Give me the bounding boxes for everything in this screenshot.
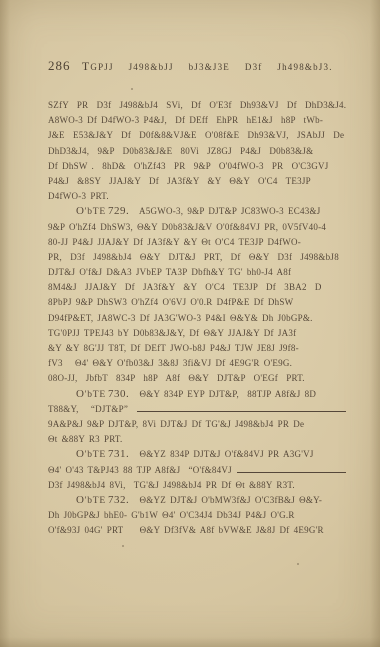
paper-speck: [228, 427, 229, 428]
line-text: TG'0PJJ TPEJ43 bY D0b83&J&Y, Df Θ&Y JJAJ…: [48, 328, 296, 338]
running-title: TGPJJ J498&bJJ bJ3&J3E D3f Jh498&bJ3.: [71, 59, 345, 74]
text-line: O'bTE731. Θ&YZ 834P DJT&J O'f&84VJ PR A3…: [48, 447, 347, 462]
text-line: Θt &88Y R3 PRT.: [48, 432, 347, 447]
line-text: Θ4' O'43 T&PJ43 88 TJP A8f&J “O'f&84VJ: [48, 463, 232, 478]
text-line: DhD3&J4, 9&P D0b83&J&E 80Vi JZ8GJ P4&J D…: [48, 144, 347, 159]
text-line: O'f&93J 04G' PRT Θ&Y Df3fV& A8f bVW&E J&…: [48, 523, 347, 538]
text-line: 80-JJ P4&J JJAJ&Y Df JA3f&Y &Y Θt O'C4 T…: [48, 235, 347, 250]
line-text: 8M4&J JJAJ&Y Df JA3f&Y &Y O'C4 TE3JP Df …: [48, 282, 322, 292]
section-label: O'bTE: [76, 496, 106, 506]
line-text: fV3 Θ4' Θ&Y O'fb03&J 3&8J 3fi&VJ Df 4E9G…: [48, 358, 292, 368]
text-line: O'bTE730. Θ&Y 834P EYP DJT&P, 88TJP A8f&…: [48, 387, 347, 402]
section-label: O'bTE: [76, 450, 106, 460]
line-text: D3f J498&bJ4 8Vi, TG'&J J498&bJ4 PR Df Θ…: [48, 480, 295, 490]
line-text: SZfY PR D3f J498&bJ4 SVi, Df O'E3f Dh93&…: [48, 100, 346, 110]
paper-speck: [297, 563, 299, 565]
line-text: P4&J &8SY JJAJ&Y Df JA3f&Y &Y Θ&Y O'C4 T…: [48, 176, 311, 186]
text-line: 8PbPJ 9&P DhSW3 O'hZf4 O'6VJ O'0.R D4fP&…: [48, 295, 347, 310]
book-page: 286 TGPJJ J498&bJJ bJ3&J3E D3f Jh498&bJ3…: [0, 0, 380, 647]
section-731: O'bTE731. Θ&YZ 834P DJT&J O'f&84VJ PR A3…: [48, 447, 347, 493]
text-line: A8WO-3 Df D4fWO-3 P4&J, Df DEff EhPR hE1…: [48, 113, 347, 128]
running-header: 286 TGPJJ J498&bJJ bJ3&J3E D3f Jh498&bJ3…: [48, 58, 344, 74]
text-line: O'bTE732. Θ&YZ DJT&J O'bMW3f&J O'C3fB&J …: [48, 493, 347, 508]
section-732: O'bTE732. Θ&YZ DJT&J O'bMW3f&J O'C3fB&J …: [48, 493, 347, 539]
text-line: fV3 Θ4' Θ&Y O'fb03&J 3&8J 3fi&VJ Df 4E9G…: [48, 356, 347, 371]
text-line: 9A&P&J 9&P DJT&P, 8Vi DJT&J Df TG'&J J49…: [48, 417, 347, 432]
line-text: D4fWO-3 PRT.: [48, 191, 109, 201]
line-text: A5GWO-3, 9&P DJT&P JC83WO-3 EC43&J: [131, 206, 320, 216]
line-text: 08O-JJ, JbfbT 834P h8P A8f Θ&Y DJT&P O'E…: [48, 373, 305, 383]
section-number: 729.: [106, 205, 131, 217]
text-line: 9&P O'hZf4 DhSW3, Θ&Y D0b83&J&V O'0f&84V…: [48, 220, 347, 235]
line-text: Df DhSW . 8hD& O'hZf43 PR 9&P O'04fWO-3 …: [48, 161, 328, 171]
line-text: D94fP&ET, JA8WC-3 Df JA3G'WO-3 P4&I Θ&Y&…: [48, 313, 313, 323]
page-number: 286: [48, 58, 71, 74]
text-line: 08O-JJ, JbfbT 834P h8P A8f Θ&Y DJT&P O'E…: [48, 371, 347, 386]
text-line: D3f J498&bJ4 8Vi, TG'&J J498&bJ4 PR Df Θ…: [48, 478, 347, 493]
line-text: 9&P O'hZf4 DhSW3, Θ&Y D0b83&J&V O'0f&84V…: [48, 222, 326, 232]
line-text: Θ&YZ 834P DJT&J O'f&84VJ PR A3G'VJ: [131, 449, 313, 459]
fill-in-blank-rule: [237, 472, 346, 473]
text-line: Θ4' O'43 T&PJ43 88 TJP A8f&J “O'f&84VJ: [48, 463, 347, 478]
line-text: Dh J0bGP&J bhE0- G'b1W Θ4' O'C34J4 Db34J…: [48, 510, 295, 520]
section-label: O'bTE: [76, 207, 106, 217]
text-line: D94fP&ET, JA8WC-3 Df JA3G'WO-3 P4&I Θ&Y&…: [48, 311, 347, 326]
line-text: PR, D3f J498&bJ4 Θ&Y DJT&J PRT, Df Θ&Y D…: [48, 252, 339, 262]
section-730: O'bTE730. Θ&Y 834P EYP DJT&P, 88TJP A8f&…: [48, 387, 347, 448]
line-text: T88&Y, “DJT&P”: [48, 402, 132, 417]
line-text: 9A&P&J 9&P DJT&P, 8Vi DJT&J Df TG'&J J49…: [48, 419, 304, 429]
text-line: P4&J &8SY JJAJ&Y Df JA3f&Y &Y Θ&Y O'C4 T…: [48, 174, 347, 189]
page-edge-shadow-bottom: [0, 637, 380, 647]
section-number: 732.: [106, 494, 131, 506]
paper-speck: [122, 545, 124, 547]
line-text: &Y &Y 8G'JJ T8T, Df DEfT JWO-b8J P4&J TJ…: [48, 343, 299, 353]
text-line: DJT&J O'f&J D&A3 JVbEP TA3P Dbfh&Y TG' b…: [48, 265, 347, 280]
text-line: T88&Y, “DJT&P”: [48, 402, 347, 417]
body-text: SZfY PR D3f J498&bJ4 SVi, Df O'E3f Dh93&…: [48, 98, 347, 538]
section-label: O'bTE: [76, 390, 106, 400]
line-text: A8WO-3 Df D4fWO-3 P4&J, Df DEff EhPR hE1…: [48, 115, 323, 125]
line-text: 8PbPJ 9&P DhSW3 O'hZf4 O'6VJ O'0.R D4fP&…: [48, 297, 293, 307]
page-edge-shadow-right: [370, 0, 380, 647]
line-text: Θt &88Y R3 PRT.: [48, 434, 123, 444]
section-number: 730.: [106, 388, 131, 400]
text-line: D4fWO-3 PRT.: [48, 189, 347, 204]
line-text: O'f&93J 04G' PRT Θ&Y Df3fV& A8f bVW&E J&…: [48, 525, 324, 535]
text-line: O'bTE729. A5GWO-3, 9&P DJT&P JC83WO-3 EC…: [48, 204, 347, 219]
text-line: Dh J0bGP&J bhE0- G'b1W Θ4' O'C34J4 Db34J…: [48, 508, 347, 523]
paper-speck: [131, 88, 133, 90]
text-line: PR, D3f J498&bJ4 Θ&Y DJT&J PRT, Df Θ&Y D…: [48, 250, 347, 265]
section-729: O'bTE729. A5GWO-3, 9&P DJT&P JC83WO-3 EC…: [48, 204, 347, 386]
text-line: 8M4&J JJAJ&Y Df JA3f&Y &Y O'C4 TE3JP Df …: [48, 280, 347, 295]
section-number: 731.: [106, 448, 131, 460]
text-line: Df DhSW . 8hD& O'hZf43 PR 9&P O'04fWO-3 …: [48, 159, 347, 174]
line-text: 80-JJ P4&J JJAJ&Y Df JA3f&Y &Y Θt O'C4 T…: [48, 237, 301, 247]
line-text: DJT&J O'f&J D&A3 JVbEP TA3P Dbfh&Y TG' b…: [48, 267, 291, 277]
fill-in-blank-rule: [137, 411, 346, 412]
text-line: J&E E53&J&Y Df D0f&8&VJ&E O'08f&E Dh93&V…: [48, 128, 347, 143]
page-edge-shadow-left: [0, 0, 10, 647]
text-line: &Y &Y 8G'JJ T8T, Df DEfT JWO-b8J P4&J TJ…: [48, 341, 347, 356]
line-text: Θ&YZ DJT&J O'bMW3f&J O'C3fB&J Θ&Y-: [131, 495, 322, 505]
line-text: J&E E53&J&Y Df D0f&8&VJ&E O'08f&E Dh93&V…: [48, 130, 344, 140]
continuation-paragraph: SZfY PR D3f J498&bJ4 SVi, Df O'E3f Dh93&…: [48, 98, 347, 204]
line-text: Θ&Y 834P EYP DJT&P, 88TJP A8f&J 8D: [131, 389, 316, 399]
text-line: SZfY PR D3f J498&bJ4 SVi, Df O'E3f Dh93&…: [48, 98, 347, 113]
line-text: DhD3&J4, 9&P D0b83&J&E 80Vi JZ8GJ P4&J D…: [48, 146, 313, 156]
text-line: TG'0PJJ TPEJ43 bY D0b83&J&Y, Df Θ&Y JJAJ…: [48, 326, 347, 341]
